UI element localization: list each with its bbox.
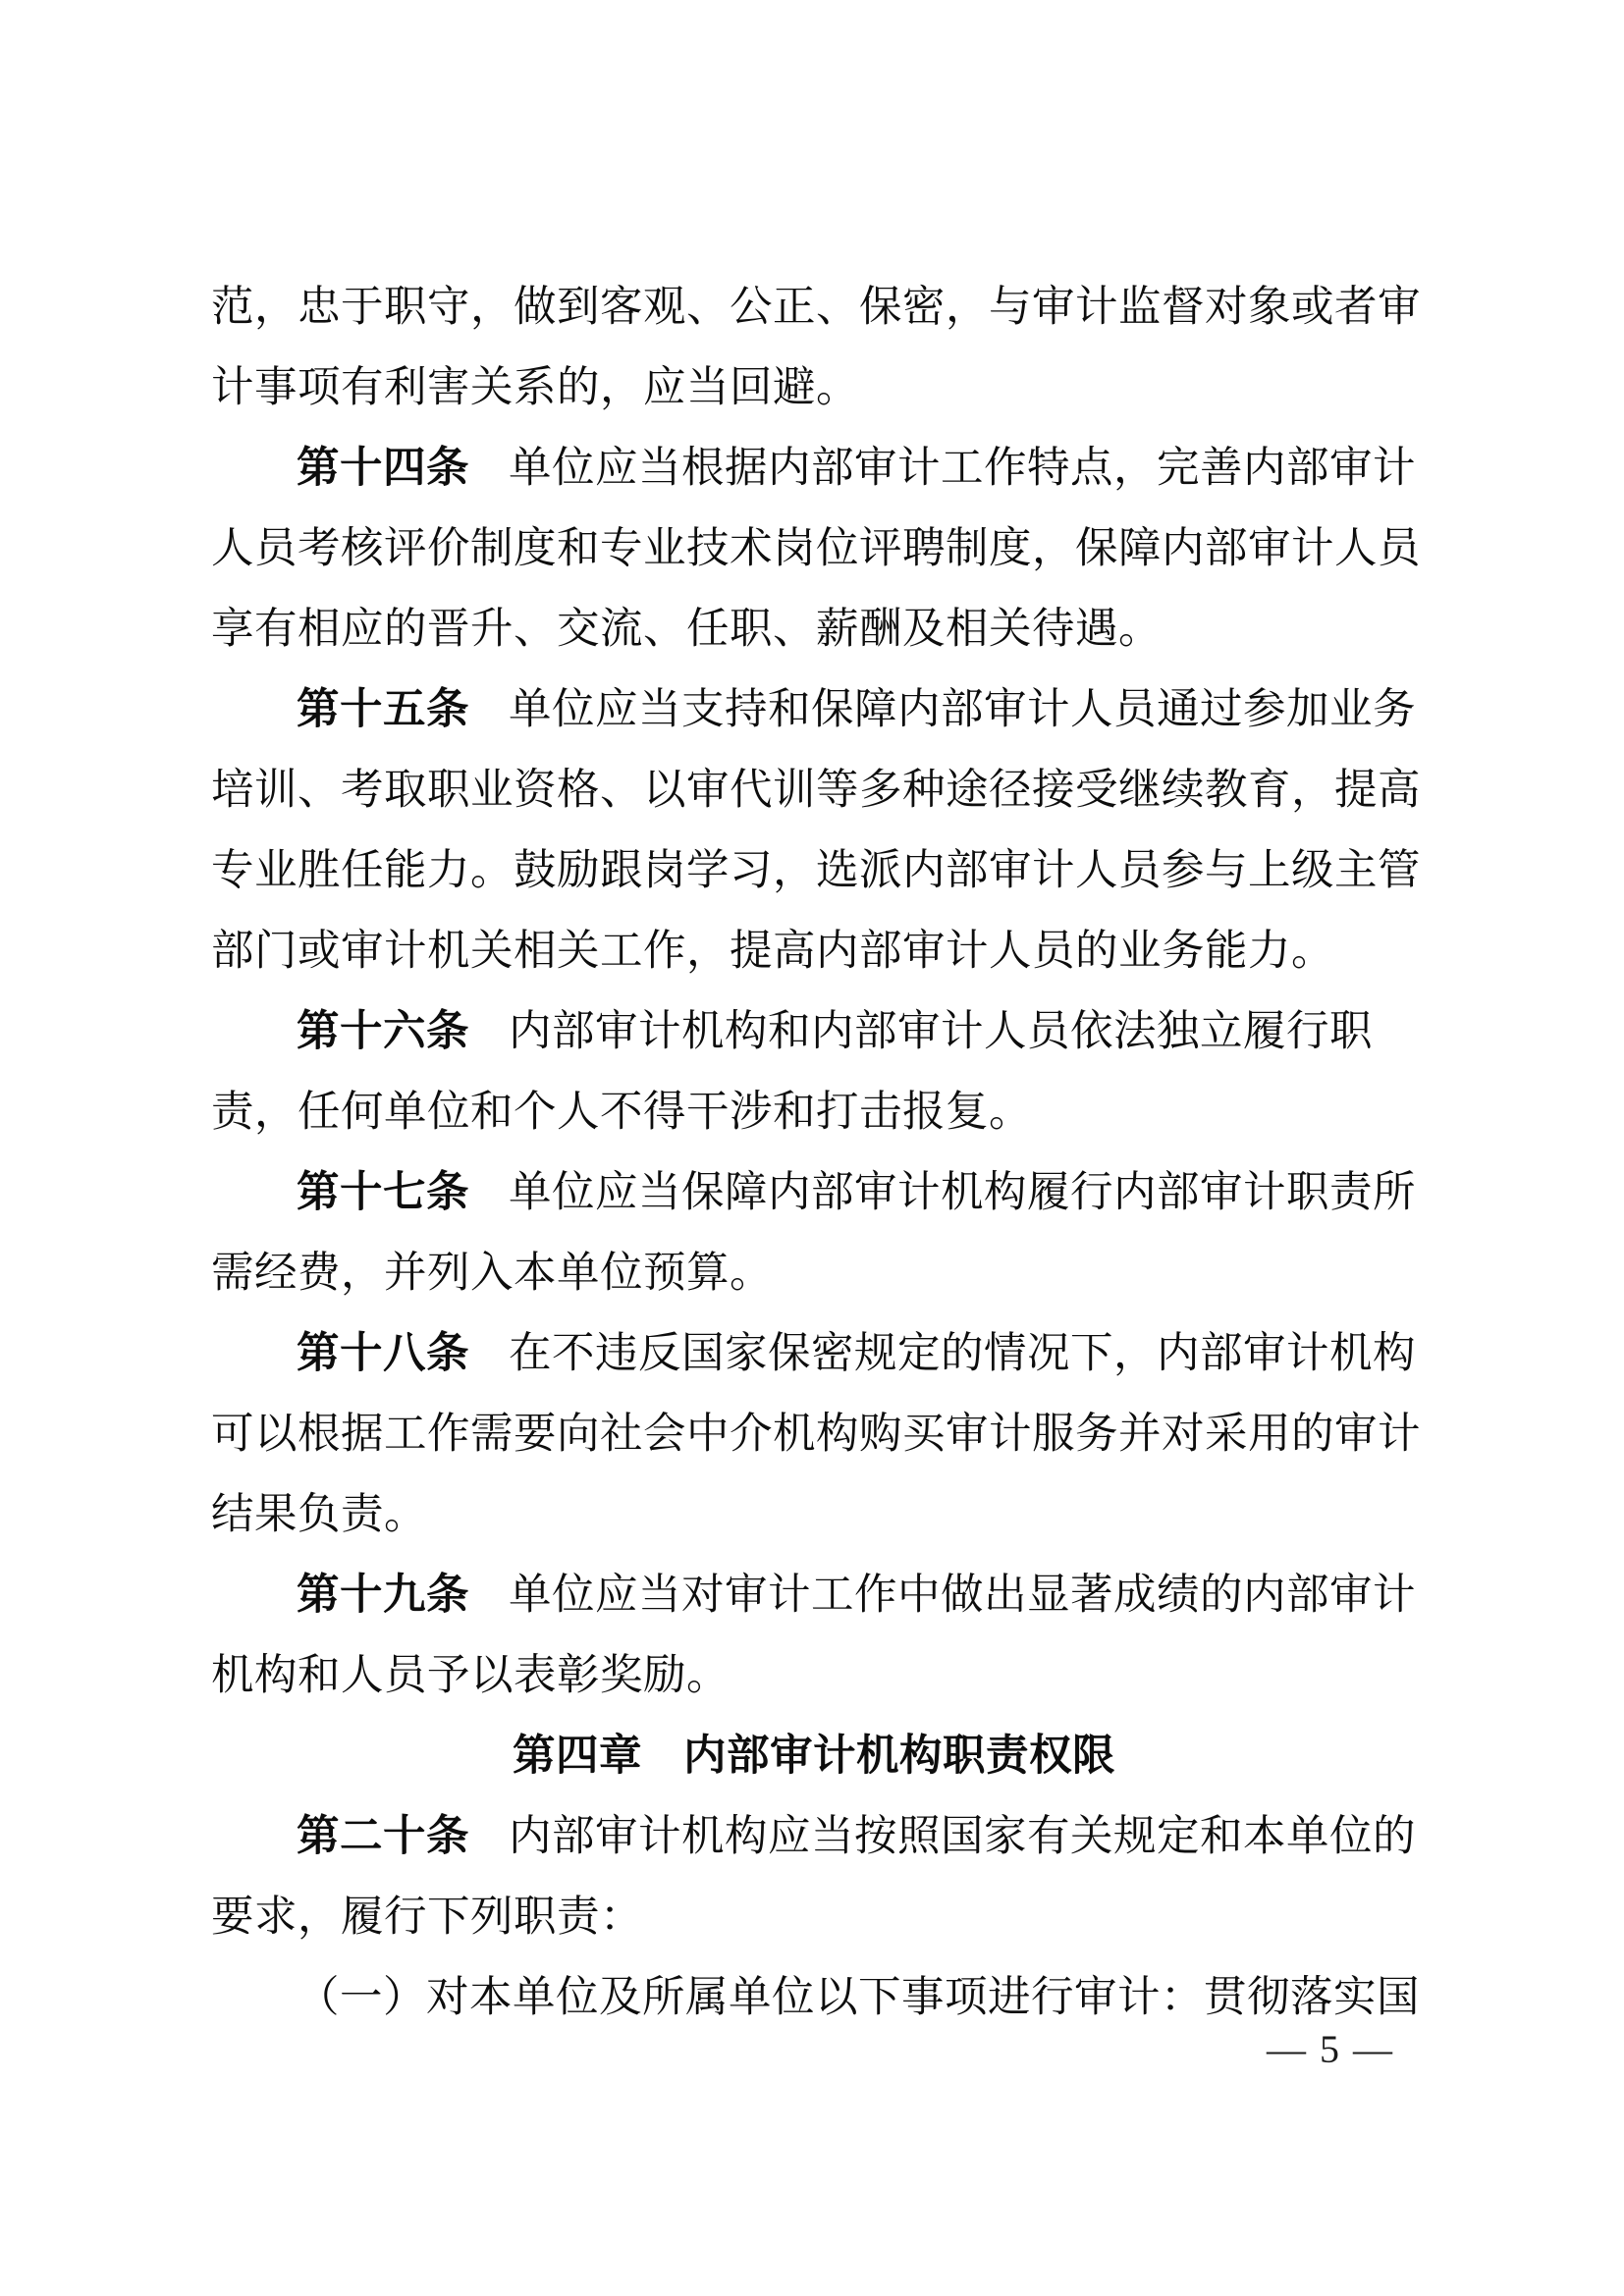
- document-line: 第二十条内部审计机构应当按照国家有关规定和本单位的: [211, 1796, 1417, 1877]
- document-line: 第十五条单位应当支持和保障内部审计人员通过参加业务: [211, 669, 1417, 750]
- document-line: 部门或审计机关相关工作，提高内部审计人员的业务能力。: [211, 911, 1417, 991]
- line-text: 内部审计机构应当按照国家有关规定和本单位的: [509, 1813, 1416, 1860]
- document-line: 第十四条单位应当根据内部审计工作特点，完善内部审计: [211, 428, 1417, 508]
- document-line: 范，忠于职守，做到客观、公正、保密，与审计监督对象或者审: [211, 267, 1417, 347]
- document-line: 享有相应的晋升、交流、任职、薪酬及相关待遇。: [211, 589, 1417, 669]
- document-line: 要求，履行下列职责：: [211, 1877, 1417, 1957]
- line-text: 内部审计机构职责权限: [683, 1733, 1115, 1780]
- document-line: 第十八条在不违反国家保密规定的情况下，内部审计机构: [211, 1313, 1417, 1394]
- document-line: 第十九条单位应当对审计工作中做出显著成绩的内部审计: [211, 1555, 1417, 1635]
- line-text: 单位应当支持和保障内部审计人员通过参加业务: [509, 686, 1416, 733]
- article-number: 第十五条: [297, 686, 469, 733]
- article-number: 第二十条: [297, 1813, 469, 1860]
- page-number: — 5 —: [1267, 2020, 1394, 2079]
- document-page: 范，忠于职守，做到客观、公正、保密，与审计监督对象或者审计事项有利害关系的，应当…: [0, 0, 1624, 2296]
- document-line: 培训、考取职业资格、以审代训等多种途径接受继续教育，提高: [211, 750, 1417, 830]
- article-number: 第十九条: [297, 1572, 469, 1619]
- line-text: 需经费，并列入本单位预算。: [211, 1250, 773, 1297]
- document-line: 结果负责。: [211, 1474, 1417, 1555]
- line-text: 专业胜任能力。鼓励跟岗学习，选派内部审计人员参与上级主管: [211, 847, 1421, 894]
- article-number: 第十六条: [297, 1008, 469, 1055]
- line-text: 机构和人员予以表彰奖励。: [211, 1652, 730, 1699]
- line-text: （一）对本单位及所属单位以下事项进行审计：贯彻落实国: [297, 1974, 1420, 2021]
- line-text: 计事项有利害关系的，应当回避。: [211, 364, 859, 411]
- line-text: 可以根据工作需要向社会中介机构购买审计服务并对采用的审计: [211, 1411, 1421, 1458]
- line-text: 责，任何单位和个人不得干涉和打击报复。: [211, 1089, 1032, 1136]
- line-text: 要求，履行下列职责：: [211, 1894, 643, 1941]
- line-text: 结果负责。: [211, 1491, 427, 1538]
- line-text: 在不违反国家保密规定的情况下，内部审计机构: [509, 1330, 1416, 1377]
- document-line: 需经费，并列入本单位预算。: [211, 1233, 1417, 1313]
- article-number: 第十四条: [297, 445, 469, 492]
- document-line: 第十六条内部审计机构和内部审计人员依法独立履行职: [211, 991, 1417, 1072]
- document-body: 范，忠于职守，做到客观、公正、保密，与审计监督对象或者审计事项有利害关系的，应当…: [211, 267, 1417, 2038]
- line-text: 范，忠于职守，做到客观、公正、保密，与审计监督对象或者审: [211, 284, 1421, 331]
- line-text: 单位应当对审计工作中做出显著成绩的内部审计: [509, 1572, 1416, 1619]
- line-text: 单位应当根据内部审计工作特点，完善内部审计: [509, 445, 1416, 492]
- line-text: 单位应当保障内部审计机构履行内部审计职责所: [509, 1169, 1416, 1216]
- document-line: 计事项有利害关系的，应当回避。: [211, 347, 1417, 428]
- document-line: 专业胜任能力。鼓励跟岗学习，选派内部审计人员参与上级主管: [211, 830, 1417, 911]
- chapter-number: 第四章: [513, 1733, 642, 1780]
- line-text: 培训、考取职业资格、以审代训等多种途径接受继续教育，提高: [211, 767, 1421, 814]
- line-text: 人员考核评价制度和专业技术岗位评聘制度，保障内部审计人员: [211, 525, 1421, 572]
- article-number: 第十七条: [297, 1169, 469, 1216]
- document-line: 责，任何单位和个人不得干涉和打击报复。: [211, 1072, 1417, 1152]
- line-text: 部门或审计机关相关工作，提高内部审计人员的业务能力。: [211, 928, 1334, 975]
- line-text: 内部审计机构和内部审计人员依法独立履行职: [509, 1008, 1373, 1055]
- document-line: 第十七条单位应当保障内部审计机构履行内部审计职责所: [211, 1152, 1417, 1233]
- document-line: 人员考核评价制度和专业技术岗位评聘制度，保障内部审计人员: [211, 508, 1417, 589]
- document-line: 机构和人员予以表彰奖励。: [211, 1635, 1417, 1716]
- document-line: （一）对本单位及所属单位以下事项进行审计：贯彻落实国: [211, 1957, 1417, 2038]
- document-line: 可以根据工作需要向社会中介机构购买审计服务并对采用的审计: [211, 1394, 1417, 1474]
- article-number: 第十八条: [297, 1330, 469, 1377]
- chapter-heading: 第四章内部审计机构职责权限: [211, 1716, 1417, 1796]
- line-text: 享有相应的晋升、交流、任职、薪酬及相关待遇。: [211, 606, 1162, 653]
